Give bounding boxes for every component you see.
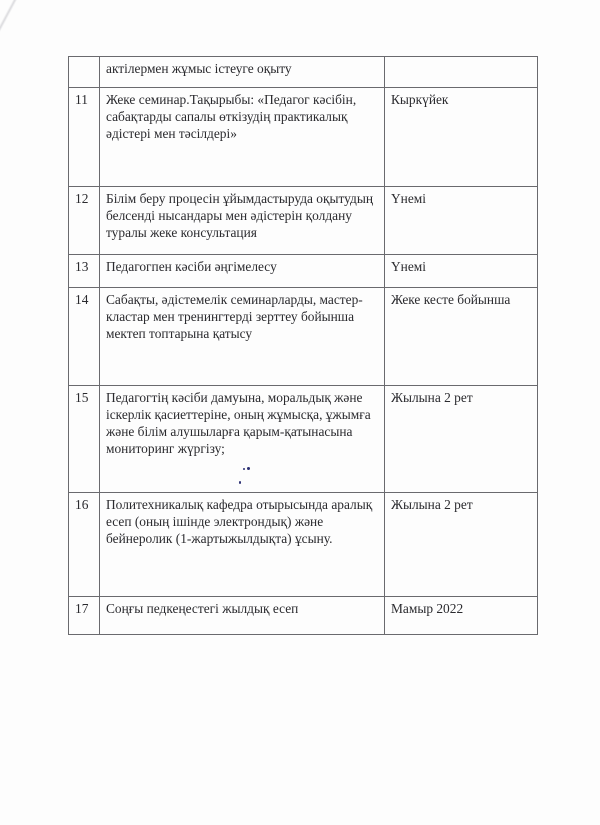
ink-speck xyxy=(243,468,245,470)
row-activity: Білім беру процесін ұйымдастыруда оқытуд… xyxy=(100,187,385,255)
row-timing: Үнемі xyxy=(385,255,538,288)
row-timing: Жылына 2 рет xyxy=(385,386,538,493)
scan-edge-shadow xyxy=(0,0,22,160)
row-number: 11 xyxy=(69,88,100,187)
row-number: 14 xyxy=(69,288,100,386)
row-activity: Педагогтің кәсіби дамуына, моральдық жән… xyxy=(100,386,385,493)
row-activity: Политехникалық кафедра отырысында аралық… xyxy=(100,493,385,597)
plan-table: актілермен жұмыс істеуге оқыту 11 Жеке с… xyxy=(68,56,538,635)
row-activity: актілермен жұмыс істеуге оқыту xyxy=(100,57,385,88)
row-timing xyxy=(385,57,538,88)
row-timing: Жылына 2 рет xyxy=(385,493,538,597)
row-number xyxy=(69,57,100,88)
table-row: 12 Білім беру процесін ұйымдастыруда оқы… xyxy=(69,187,538,255)
table-row: 16 Политехникалық кафедра отырысында ара… xyxy=(69,493,538,597)
ink-speck xyxy=(239,481,241,484)
row-timing: Жеке кесте бойынша xyxy=(385,288,538,386)
table-row: 15 Педагогтің кәсіби дамуына, моральдық … xyxy=(69,386,538,493)
table-row: 13 Педагогпен кәсіби әңгімелесу Үнемі xyxy=(69,255,538,288)
row-timing: Үнемі xyxy=(385,187,538,255)
row-timing: Кыркүйек xyxy=(385,88,538,187)
row-number: 16 xyxy=(69,493,100,597)
row-timing: Мамыр 2022 xyxy=(385,597,538,635)
row-activity: Сабақты, әдістемелік семинарларды, масте… xyxy=(100,288,385,386)
row-activity: Соңғы педкеңестегі жылдық есеп xyxy=(100,597,385,635)
row-number: 15 xyxy=(69,386,100,493)
row-activity: Жеке семинар.Тақырыбы: «Педагог кәсібін,… xyxy=(100,88,385,187)
table-row: 14 Сабақты, әдістемелік семинарларды, ма… xyxy=(69,288,538,386)
row-number: 13 xyxy=(69,255,100,288)
table-row: 17 Соңғы педкеңестегі жылдық есеп Мамыр … xyxy=(69,597,538,635)
row-number: 12 xyxy=(69,187,100,255)
row-number: 17 xyxy=(69,597,100,635)
row-activity: Педагогпен кәсіби әңгімелесу xyxy=(100,255,385,288)
table-row: 11 Жеке семинар.Тақырыбы: «Педагог кәсіб… xyxy=(69,88,538,187)
ink-speck xyxy=(247,467,250,470)
table-row: актілермен жұмыс істеуге оқыту xyxy=(69,57,538,88)
